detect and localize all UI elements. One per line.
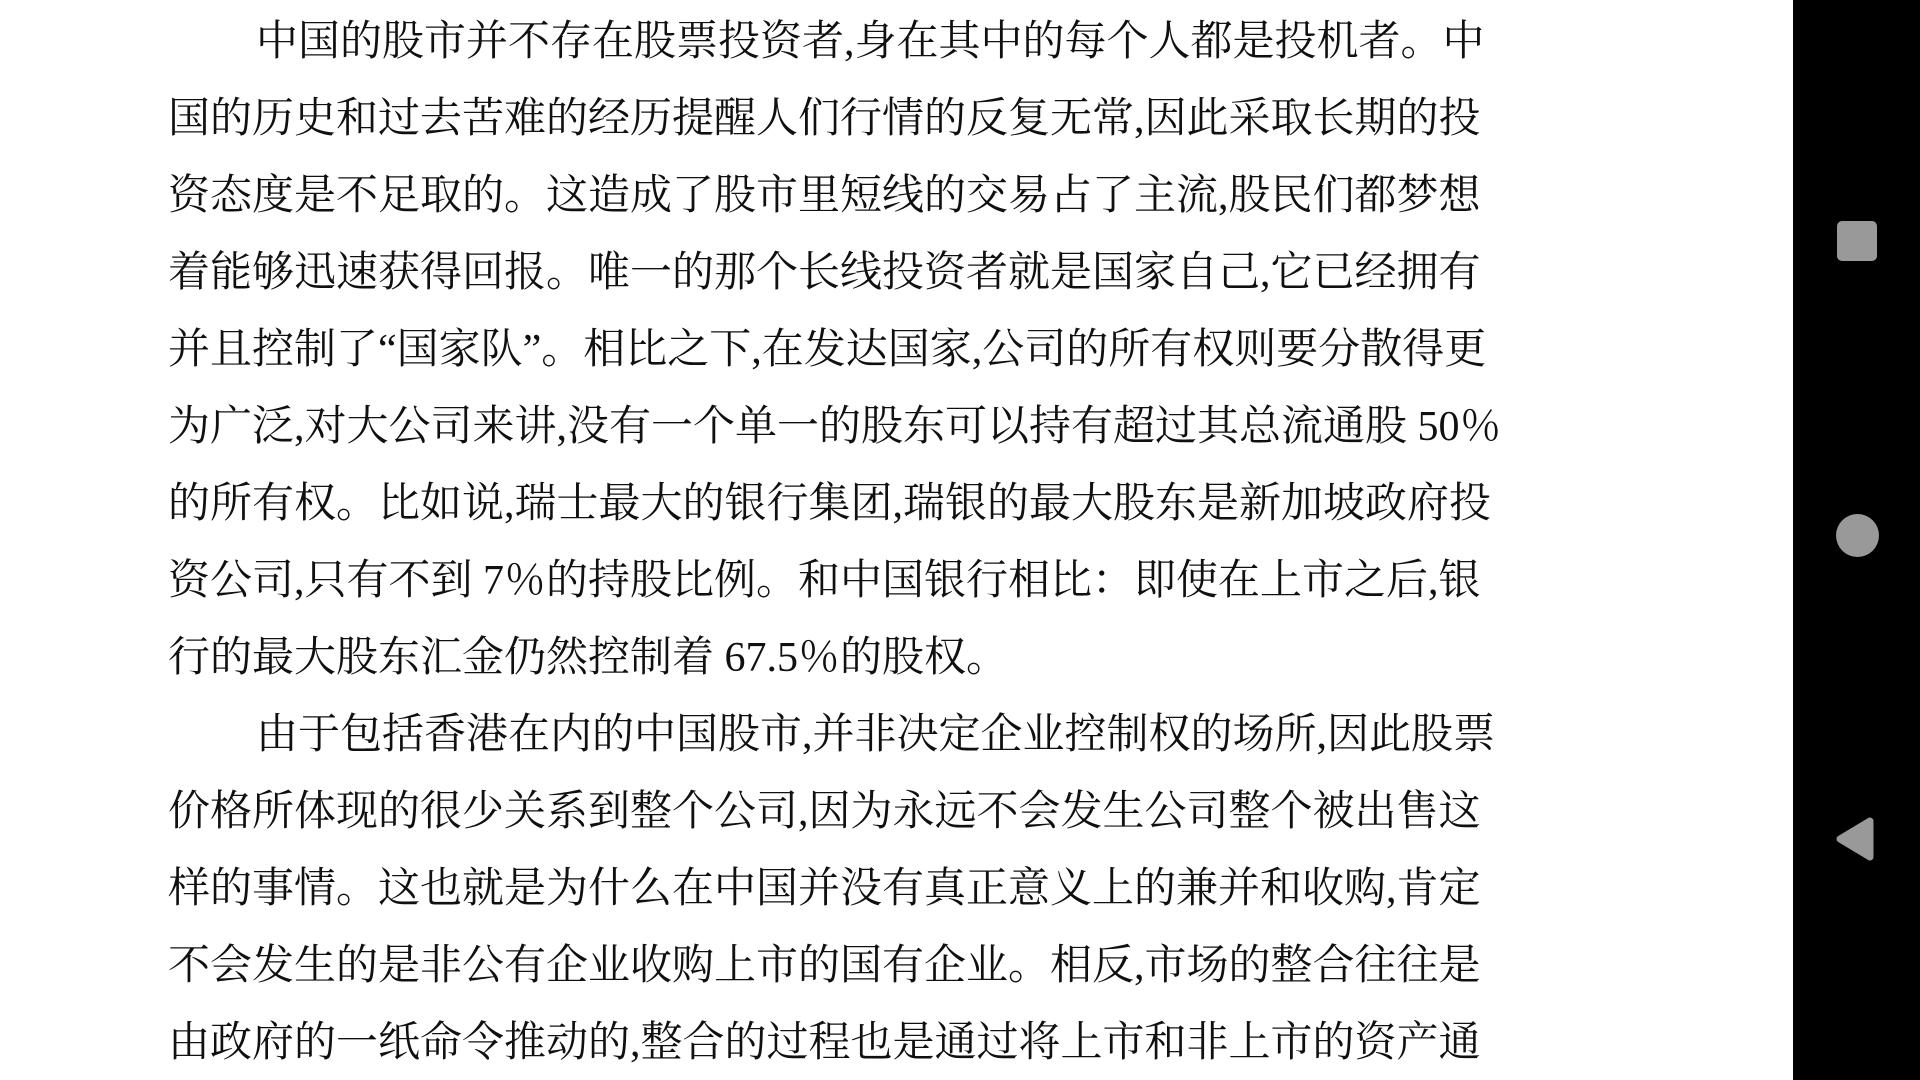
recents-square-icon: [1837, 221, 1877, 261]
text-line: 着能够迅速获得回报。唯一的那个长线投资者就是国家自己,它已经拥有: [168, 235, 1728, 312]
book-page[interactable]: 中国的股市并不存在股票投资者,身在其中的每个人都是投机者。中国的历史和过去苦难的…: [0, 0, 1793, 1080]
home-button[interactable]: [1836, 514, 1879, 557]
text-line: 资态度是不足取的。这造成了股市里短线的交易占了主流,股民们都梦想: [168, 158, 1728, 235]
text-line: 的所有权。比如说,瑞士最大的银行集团,瑞银的最大股东是新加坡政府投: [168, 466, 1728, 543]
ebook-reader-screen: 中国的股市并不存在股票投资者,身在其中的每个人都是投机者。中国的历史和过去苦难的…: [0, 0, 1920, 1080]
text-line: 资公司,只有不到 7％的持股比例。和中国银行相比：即使在上市之后,银: [168, 543, 1728, 620]
back-triangle-left-icon: [1833, 815, 1875, 863]
page-text-column: 中国的股市并不存在股票投资者,身在其中的每个人都是投机者。中国的历史和过去苦难的…: [168, 4, 1728, 1080]
text-line: 不会发生的是非公有企业收购上市的国有企业。相反,市场的整合往往是: [168, 928, 1728, 1005]
text-line: 国的历史和过去苦难的经历提醒人们行情的反复无常,因此采取长期的投: [168, 81, 1728, 158]
back-button[interactable]: [1833, 815, 1875, 866]
text-line: 价格所体现的很少关系到整个公司,因为永远不会发生公司整个被出售这: [168, 774, 1728, 851]
text-line: 由政府的一纸命令推动的,整合的过程也是通过将上市和非上市的资产通: [168, 1005, 1728, 1080]
text-line: 行的最大股东汇金仍然控制着 67.5％的股权。: [168, 620, 1728, 697]
android-nav-bar: [1793, 0, 1920, 1080]
text-line: 并且控制了“国家队”。相比之下,在发达国家,公司的所有权则要分散得更: [168, 312, 1728, 389]
text-line: 由于包括香港在内的中国股市,并非决定企业控制权的场所,因此股票: [168, 697, 1728, 774]
recents-button[interactable]: [1837, 221, 1877, 261]
text-line: 样的事情。这也就是为什么在中国并没有真正意义上的兼并和收购,肯定: [168, 851, 1728, 928]
text-line: 为广泛,对大公司来讲,没有一个单一的股东可以持有超过其总流通股 50％: [168, 389, 1728, 466]
text-line: 中国的股市并不存在股票投资者,身在其中的每个人都是投机者。中: [168, 4, 1728, 81]
home-circle-icon: [1836, 514, 1879, 557]
